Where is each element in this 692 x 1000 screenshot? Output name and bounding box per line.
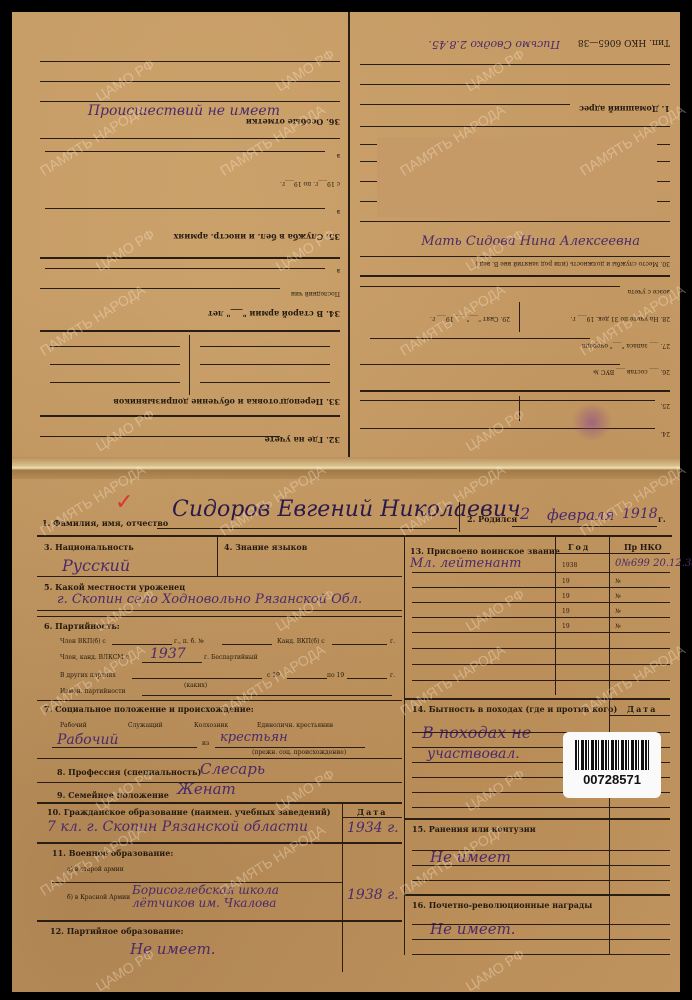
field-16-label: 16. Почетно-революционные награды [412, 900, 592, 910]
field-12-value: Не имеет. [130, 940, 216, 958]
field-2-year: 1918 [622, 506, 658, 522]
field-13-order-1: № [615, 578, 621, 585]
field-6-row1-d: г. [390, 638, 395, 645]
field-15-label: 15. Ранения или контузии [412, 824, 536, 834]
field-7-from-label: из [202, 740, 209, 747]
upper-34-e: в [337, 267, 340, 274]
watermark: ЦАМО РФ [463, 586, 527, 635]
upper-34-b: в [337, 152, 340, 159]
field-13-label: 13. Присвоено воинское звание [410, 546, 560, 556]
field-2-suffix: г. [658, 514, 666, 524]
ink-stamp [572, 402, 612, 442]
field-6-row1-c: Канд. ВКП(б) с [277, 638, 325, 645]
field-6-row3-sub: (каких) [184, 682, 207, 689]
field-13-order-2: № [615, 593, 621, 600]
field-1-label: 1. Фамилия, имя, отчество [42, 518, 168, 528]
field-2-label: 2. Родился [467, 514, 517, 524]
field-2-day: 2 [520, 504, 530, 523]
field-10-date: 1934 г. [347, 820, 399, 836]
field-5-label: 5. Какой местности уроженец [44, 582, 185, 592]
top-note: Письмо Сводко 2.8.45. [428, 38, 560, 51]
field-6-row1-b: г., п. б. № [174, 638, 204, 645]
upper-field-30-label: 30. Место службы и должность (или род за… [475, 260, 670, 267]
field-6-row2-b: г. Беспартийный [204, 654, 258, 661]
field-11-b-value: Борисоглебская школа лётчиков им. Чкалов… [132, 884, 342, 910]
field-9-label: 9. Семейное положение [57, 790, 169, 800]
document-sheet: Тип. НКО 6065—38 Письмо Сводко 2.8.45. 1… [12, 12, 680, 992]
field-4-label: 4. Знание языков [224, 542, 307, 552]
field-13-order-3: № [615, 608, 621, 615]
upper-field-29: 29. Снят "___" ___ 19___ г. [430, 315, 510, 322]
field-10-value: 7 кл. г. Скопин Рязанской области [47, 819, 308, 835]
field-14-value-2: участвовал. [427, 746, 520, 762]
page-fold [12, 457, 680, 479]
field-6-row1-a: Член ВКП(б) с [60, 638, 106, 645]
field-6-row4-a: Измен. партийности [60, 688, 126, 695]
field-6-label: 6. Партийность: [44, 621, 120, 631]
field-10-date-header: Дата [357, 807, 387, 817]
field-6-row2-value: 1937 [150, 646, 186, 662]
field-13-year-1: 19 [562, 578, 570, 585]
field-7-value: Рабочий [57, 732, 118, 748]
field-7-opt-1: Служащий [128, 722, 163, 729]
field-10-label: 10. Гражданское образование (наимен. уче… [47, 807, 331, 817]
field-14-date-header: Дата [627, 704, 657, 714]
field-13-col-year: Год [568, 542, 590, 552]
upper-field-1: 1. Домашний адрес [579, 104, 670, 114]
field-11-a-label: а) в старой армии [67, 866, 124, 873]
field-7-sub: (прежн. соц. происхождение) [252, 749, 346, 756]
upper-inverted-half: Тип. НКО 6065—38 Письмо Сводко 2.8.45. 1… [12, 12, 680, 457]
field-6-row3-b: с 19 [267, 672, 280, 679]
upper-field-24: 24. [660, 430, 670, 437]
field-6-row3-d: г. [390, 672, 395, 679]
field-13-col-order: Пр НКО [624, 542, 662, 552]
field-13-year-2: 19 [562, 593, 570, 600]
field-2-month: февраля [547, 506, 614, 524]
field-13-year-3: 19 [562, 608, 570, 615]
upper-field-34: 34. В старой армии "___" лет [208, 309, 340, 319]
field-7-label: 7. Социальное положение и происхождение: [44, 704, 254, 714]
field-7-from-value: крестьян [220, 730, 288, 745]
upper-field-28: 28. На учете по 31 дек. 19___ г. [571, 315, 670, 322]
field-12-label: 12. Партийное образование: [50, 926, 183, 936]
field-11-label: 11. Военное образование: [52, 848, 173, 858]
upper-34-c: с 19___г. по 19___г. [280, 180, 340, 187]
redacted-area [377, 137, 657, 217]
field-7-opt-0: Рабочий [60, 722, 87, 729]
upper-field-33: 33. Переподготовка и обучение допризывни… [113, 397, 340, 407]
form-code: Тип. НКО 6065—38 [578, 37, 670, 47]
field-16-value: Не имеет. [430, 920, 516, 938]
field-13-order-0: 0№699 20.12.38 [615, 558, 692, 569]
upper-field-36-value: Происшествий не имеет [88, 103, 280, 119]
barcode-sticker: 00728571 [563, 732, 661, 798]
field-8-label: 8. Профессия (специальность) [57, 767, 201, 777]
upper-field-27: 27. ___ запаса "___" очереди [582, 342, 670, 349]
field-5-value: г. Скопин село Ходновольно Рязанской Обл… [57, 592, 362, 607]
upper-field-25: 25. [660, 402, 670, 409]
barcode-number: 00728571 [563, 772, 661, 787]
red-checkmark-icon: ✓ [115, 490, 133, 515]
upper-field-28-29: воэсе с учета [628, 288, 670, 295]
field-13-rank-0: Мл. лейтенант [410, 556, 521, 571]
upper-field-30-value: Мать Сидова Нина Алексеевна [421, 234, 640, 249]
field-13-year-4: 19 [562, 623, 570, 630]
field-6-row2-a: Член, канд. ВЛКСМ с [60, 654, 129, 661]
field-11-b-label: б) в Красной Армии [67, 894, 130, 901]
field-9-value: Женат [177, 780, 236, 798]
upper-34-d: в [337, 208, 340, 215]
field-13-year-0: 1938 [562, 562, 577, 569]
field-8-value: Слесарь [200, 760, 265, 778]
upper-field-26: 26. ___ состав ___ ВУС № [593, 368, 670, 375]
field-6-row3-c: по 19 [327, 672, 344, 679]
upper-field-34-chin: Последний чин [291, 290, 340, 297]
field-7-opt-3: Единоличн. крестьянин [257, 722, 333, 729]
barcode-icon [575, 740, 649, 770]
field-7-opt-2: Колхозник [194, 722, 228, 729]
field-3-label: 3. Национальность [44, 542, 134, 552]
field-13-order-4: № [615, 623, 621, 630]
upper-field-35: 35. Служба в бел. и иностр. армиях [174, 232, 340, 242]
field-11-b-date: 1938 г. [347, 887, 399, 903]
field-3-value: Русский [62, 556, 130, 575]
field-14-label: 14. Бытность в походах (где и против ког… [412, 704, 617, 714]
field-6-row3-a: В других партиях [60, 672, 116, 679]
